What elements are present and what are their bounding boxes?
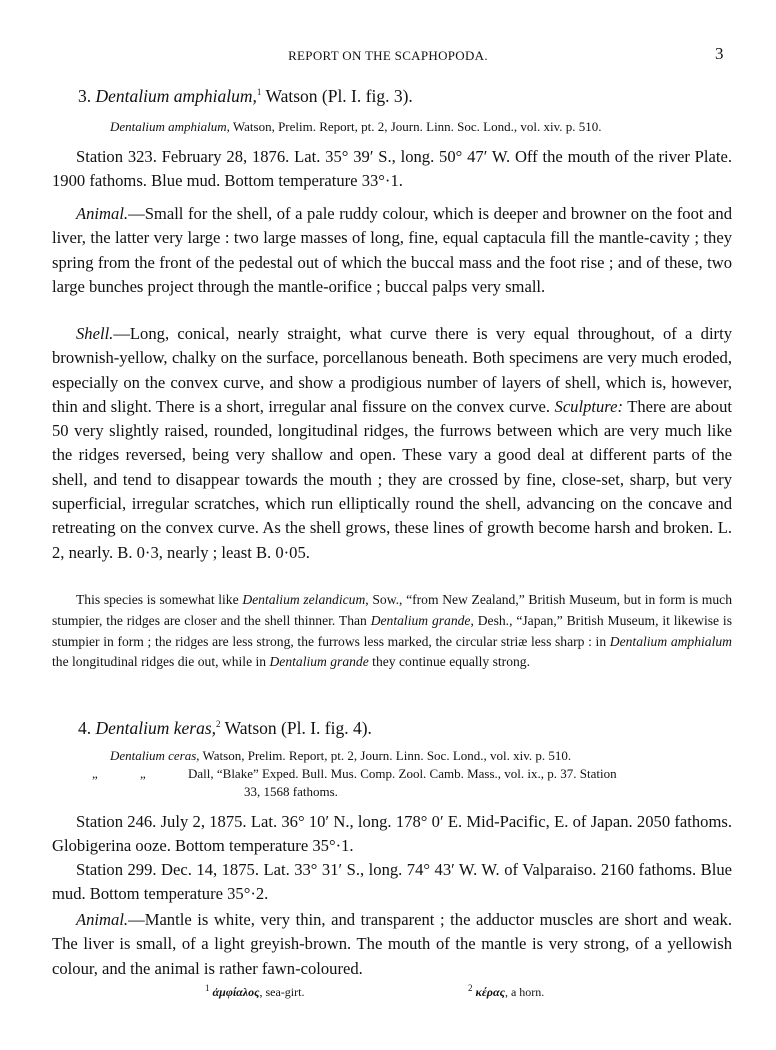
running-title: REPORT ON THE SCAPHOPODA. [0,48,776,64]
synonym-name: Dentalium ceras [110,748,196,763]
footnote-text: , sea-girt. [259,985,304,999]
animal-paragraph: Animal.—Small for the shell, of a pale r… [52,202,732,299]
taxon-name: Dentalium zelandicum [242,592,365,607]
greek-word: κέρας [476,985,505,999]
synonym-name: Dentalium amphialum [110,119,227,134]
synonymy-continuation: 33, 1568 fathoms. [244,783,544,801]
station-paragraph: Station 323. February 28, 1876. Lat. 35°… [52,145,732,194]
species-name: Dentalium keras, [96,718,217,738]
ditto-mark: „ [140,765,188,783]
footnote-mark: 2 [468,983,473,993]
synonymy-entry: Dentalium amphialum, Watson, Prelim. Rep… [110,118,750,136]
synonym-citation: , Watson, Prelim. Report, pt. 2, Journ. … [196,748,571,763]
page-number: 3 [715,44,724,64]
remarks-paragraph: This species is somewhat like Dentalium … [52,590,732,673]
species-heading-3: 3. Dentalium amphialum,1 Watson (Pl. I. … [78,86,758,107]
remark-text: the longitudinal ridges die out, while i… [52,654,269,669]
section-label: Shell. [76,324,113,343]
animal-paragraph: Animal.—Mantle is white, very thin, and … [52,908,732,981]
species-number: 4. [78,718,91,738]
synonymy-entry: „„Dall, “Blake” Exped. Bull. Mus. Comp. … [92,765,752,783]
remark-text: they continue equally strong. [369,654,530,669]
paragraph-text: There are about 50 very slightly raised,… [52,397,732,562]
greek-word: ἀμφίαλος [213,985,260,999]
synonymy-entry: Dentalium ceras, Watson, Prelim. Report,… [110,747,750,765]
remark-text: This species is somewhat like [76,592,242,607]
species-authority: Watson (Pl. I. fig. 4). [225,718,372,738]
species-heading-4: 4. Dentalium keras,2 Watson (Pl. I. fig.… [78,718,758,739]
footnote-mark: 1 [205,983,210,993]
taxon-name: Dentalium grande [269,654,368,669]
paragraph-text: —Mantle is white, very thin, and transpa… [52,910,732,978]
section-label: Animal. [76,910,128,929]
synonym-citation: Dall, “Blake” Exped. Bull. Mus. Comp. Zo… [188,766,617,781]
species-number: 3. [78,86,91,106]
station-paragraph: Station 299. Dec. 14, 1875. Lat. 33° 31′… [52,858,732,907]
footnote-ref: 2 [216,719,221,729]
shell-paragraph: Shell.—Long, conical, nearly straight, w… [52,322,732,565]
station-paragraph: Station 246. July 2, 1875. Lat. 36° 10′ … [52,810,732,859]
footnote-2: 2 κέρας, a horn. [468,985,544,1000]
document-page: REPORT ON THE SCAPHOPODA. 3 3. Dentalium… [0,0,776,1050]
footnote-ref: 1 [257,87,262,97]
species-name: Dentalium amphialum, [96,86,257,106]
section-label: Animal. [76,204,128,223]
footnote-text: , a horn. [505,985,544,999]
ditto-mark: „ [92,765,140,783]
section-label: Sculpture: [555,397,624,416]
paragraph-text: —Small for the shell, of a pale ruddy co… [52,204,732,296]
species-authority: Watson (Pl. I. fig. 3). [265,86,412,106]
synonym-citation: , Watson, Prelim. Report, pt. 2, Journ. … [227,119,602,134]
taxon-name: Dentalium amphialum [610,634,732,649]
footnote-1: 1 ἀμφίαλος, sea-girt. [205,985,304,1000]
taxon-name: Dentalium grande [371,613,471,628]
